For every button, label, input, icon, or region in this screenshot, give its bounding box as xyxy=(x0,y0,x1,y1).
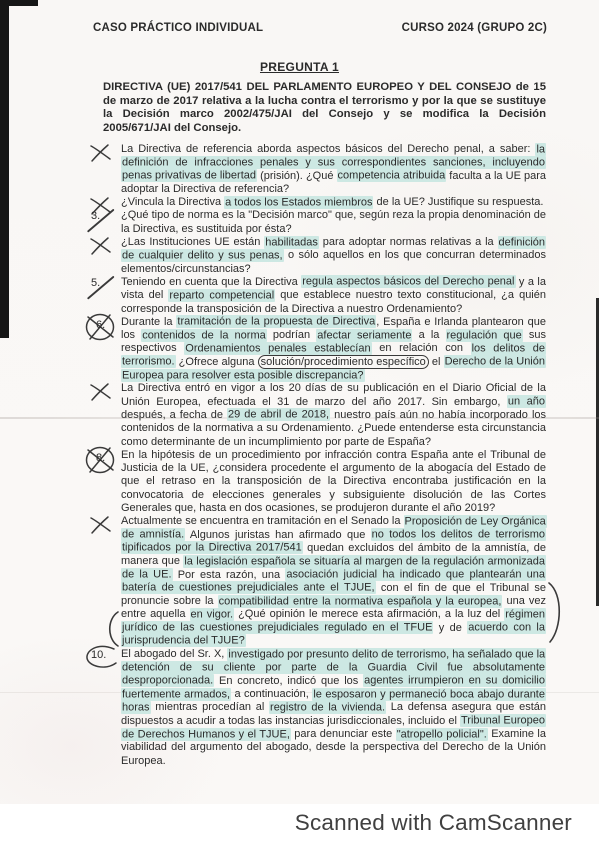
item-number: 5. xyxy=(91,277,100,290)
highlighted-text: compatibilidad entre la normativa españo… xyxy=(218,595,503,608)
text-run: y de xyxy=(433,622,467,634)
text-run: En concreto, indicó que los xyxy=(214,675,363,687)
question-item: 6.Durante la tramitación de la propuesta… xyxy=(121,316,546,382)
question-text: ¿Qué tipo de norma es la "Decisión marco… xyxy=(121,209,546,236)
item-number: 10. xyxy=(91,649,106,662)
handwritten-circle-x-mark: 6. xyxy=(84,312,116,342)
highlighted-text: regula aspectos básicos del Derecho pena… xyxy=(301,275,515,288)
highlighted-text: registro de la vivienda. xyxy=(269,701,386,714)
question-item: La Directiva de referencia aborda aspect… xyxy=(121,143,546,196)
handwritten-circle-open-mark: 10. xyxy=(83,645,119,669)
question-text: La Directiva entró en vigor a los 20 día… xyxy=(121,382,546,448)
handwritten-x-mark xyxy=(89,515,113,535)
highlighted-text: tramitación de la propuesta de Directiva xyxy=(176,315,376,328)
handwritten-bracket-right xyxy=(547,582,565,644)
text-run: en relación con xyxy=(372,342,471,354)
question-item: 10.El abogado del Sr. X, investigado por… xyxy=(121,648,546,768)
text-run: a continuación, xyxy=(231,688,312,700)
document-header: CASO PRÁCTICO INDIVIDUAL CURSO 2024 (GRU… xyxy=(93,22,547,34)
item-number: 6. xyxy=(96,319,105,332)
text-run: el xyxy=(429,356,444,368)
text-run: mientras procedían al xyxy=(151,701,270,713)
highlighted-text: en vigor. xyxy=(190,608,235,621)
text-run: después, a fecha de xyxy=(121,409,227,421)
camscanner-footer: Scanned with CamScanner xyxy=(295,810,572,836)
course-label: CURSO 2024 (GRUPO 2C) xyxy=(402,22,547,34)
highlighted-text: regulación que xyxy=(446,329,523,342)
item-number: 3. xyxy=(91,210,100,223)
text-run: Teniendo en cuenta que la Directiva xyxy=(121,276,301,288)
question-item: ¿Vincula la Directiva a todos los Estado… xyxy=(121,196,546,209)
text-run: Algunos juristas han afirmado que xyxy=(185,529,370,541)
text-run: ¿Qué opinión le merece esta afirmación, … xyxy=(234,608,504,620)
question-text: Actualmente se encuentra en tramitación … xyxy=(121,515,546,648)
question-text: Durante la tramitación de la propuesta d… xyxy=(121,316,546,382)
text-run: ¿Ofrece alguna xyxy=(176,356,258,368)
scanned-document-page: CASO PRÁCTICO INDIVIDUAL CURSO 2024 (GRU… xyxy=(0,0,599,848)
text-run: podrían xyxy=(267,329,317,341)
question-item: 3.¿Qué tipo de norma es la "Decisión mar… xyxy=(121,209,546,236)
directive-intro: DIRECTIVA (UE) 2017/541 DEL PARLAMENTO E… xyxy=(103,81,546,135)
text-run: ¿Qué tipo de norma es la "Decisión marco… xyxy=(121,209,546,234)
highlighted-text: habilitadas xyxy=(264,236,319,249)
question-item: Actualmente se encuentra en tramitación … xyxy=(121,515,546,648)
text-run: ¿Vincula la Directiva xyxy=(121,196,224,208)
text-run: Durante la xyxy=(121,316,176,328)
item-number: 8. xyxy=(96,452,105,465)
question-text: Teniendo en cuenta que la Directiva regu… xyxy=(121,276,546,316)
text-run: para adoptar normas relativas a la xyxy=(319,236,498,248)
question-heading: PREGUNTA 1 xyxy=(0,60,599,74)
text-run: para denunciar este xyxy=(291,728,396,740)
highlighted-text: contenidos de la norma xyxy=(141,329,267,342)
text-run: ¿Las Instituciones UE están xyxy=(121,236,264,248)
highlighted-text: competencia atribuida xyxy=(337,169,447,182)
question-list: La Directiva de referencia aborda aspect… xyxy=(121,143,546,768)
question-item: La Directiva entró en vigor a los 20 día… xyxy=(121,382,546,448)
handwritten-slash-mark: 5. xyxy=(87,274,117,300)
question-item: ¿Las Instituciones UE están habilitadas … xyxy=(121,236,546,276)
text-run: La Directiva entró en vigor a los 20 día… xyxy=(121,382,546,407)
text-run: En la hipótesis de un procedimiento por … xyxy=(121,449,546,514)
text-run: (prisión). ¿Qué xyxy=(257,170,337,182)
text-run: Actualmente se encuentra en tramitación … xyxy=(121,515,404,527)
bracketed-text: solución/procedimiento específico xyxy=(258,355,429,369)
highlighted-text: reparto competencial xyxy=(168,289,275,302)
question-text: En la hipótesis de un procedimiento por … xyxy=(121,449,546,515)
case-title: CASO PRÁCTICO INDIVIDUAL xyxy=(93,22,263,34)
highlighted-text: Ordenamientos penales establecían xyxy=(184,342,371,355)
scan-edge-artifact-left xyxy=(0,0,9,338)
highlighted-text: un año xyxy=(507,395,546,408)
question-item: 5.Teniendo en cuenta que la Directiva re… xyxy=(121,276,546,316)
handwritten-x-mark xyxy=(89,382,113,402)
highlighted-text: afectar seriamente xyxy=(316,329,412,342)
question-text: ¿Las Instituciones UE están habilitadas … xyxy=(121,236,546,276)
question-text: La Directiva de referencia aborda aspect… xyxy=(121,143,546,196)
handwritten-slash-mark: 3. xyxy=(87,207,117,233)
text-run: El abogado del Sr. X, xyxy=(121,648,227,660)
highlighted-text: 29 de abril de 2018, xyxy=(227,408,330,421)
text-run: La Directiva de referencia aborda aspect… xyxy=(121,143,535,155)
scan-edge-artifact-top xyxy=(9,0,38,6)
camscanner-bar: Scanned with CamScanner xyxy=(0,804,599,848)
text-run: de la UE? Justifique su respuesta. xyxy=(373,196,543,208)
handwritten-bracket-left xyxy=(105,611,119,647)
question-text: ¿Vincula la Directiva a todos los Estado… xyxy=(121,196,546,209)
text-run: Por esta razón, una xyxy=(173,569,286,581)
handwritten-circle-x-mark: 8. xyxy=(84,445,116,475)
highlighted-text: a todos los Estados miembros xyxy=(224,196,373,209)
handwritten-x-mark xyxy=(89,236,113,256)
text-run: a la xyxy=(412,329,445,341)
question-item: 8.En la hipótesis de un procedimiento po… xyxy=(121,449,546,515)
handwritten-x-mark xyxy=(89,143,113,163)
highlighted-text: "atropello policial". xyxy=(396,728,488,741)
question-text: El abogado del Sr. X, investigado por pr… xyxy=(121,648,546,768)
